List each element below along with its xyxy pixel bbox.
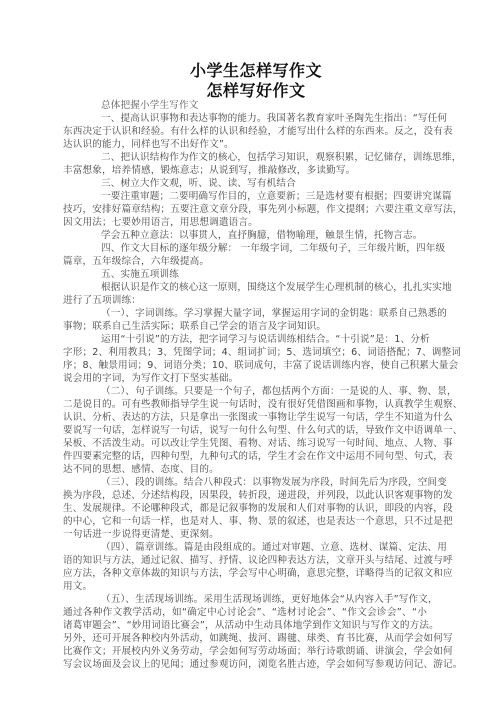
text-line: （四）、篇章训练。篇是由段组成的。通过对审题、立意、选材、谋篇、定法、用 (63, 541, 427, 554)
text-line: 篇章，五年级综合，六年级提高。 (63, 255, 427, 268)
text-line: 根据认识是作文的核心这一原则，围绕这个发展学生心理机制的核心，扎扎实实地 (63, 281, 427, 294)
text-line: 序；8、触景用词；9、词语分类；10、联词成句，丰富了说话训练内容，使自己积累大… (63, 359, 427, 372)
text-line: 学会五种立意法：以事贯人，直抒胸臆，借物喻理，触景生情，托物言志。 (63, 229, 427, 242)
text-line: 一、提高认识事物和表达事物的能力。我国著名教育家叶圣陶先生指出：“写任何 (63, 112, 427, 125)
text-line: 写会议场面及会议上的见闻；通过参观访问，浏览名胜古迹，学会如何写参观访问记、游记… (63, 658, 427, 671)
text-line: 因文用法；七要妙用语言，用思想调遣语言。 (63, 216, 427, 229)
text-line: 五、实施五项训练 (63, 268, 427, 281)
text-line: 诸葛审题会”、“妙用词语比赛会”，从活动中生动具体地学到作文知识与写作文的方法。 (63, 619, 427, 632)
text-line: 一要注重审题；二要明确写作目的，立意要新；三是选材要有根据；四要讲究谋篇 (63, 190, 427, 203)
document-subtitle: 怎样写好作文 (0, 78, 500, 101)
text-line: 的中心，它和一句话一样，也是对人、事、物、景的叙述，也是表达一个意思，只不过是把 (63, 515, 427, 528)
text-line: 语的知识与方法，通过记叙、描写、抒情、议论四种表达方法，文章开头与结尾、过渡与呼 (63, 554, 427, 567)
text-line: 生、发展规律。不论哪种段式，都是记叙事物的发展和人们对事物的认识，即段的内容，段 (63, 502, 427, 515)
text-line: （一）、字词训练。学习掌握大量字词，掌握运用字词的金钥匙：联系自己熟悉的 (63, 307, 427, 320)
text-line: 丰富想象，培养情感，锻炼意志；从说到写，推敲修改，多读勤写。 (63, 164, 427, 177)
text-line: 技巧，安排好篇章结构；五要注意文章分段，事先列小标题，作文提纲；六要注重文章写法… (63, 203, 427, 216)
text-line: 事物；联系自己生活实际；联系自己学会的语言及字词知识。 (63, 320, 427, 333)
text-line: （二）、句子训练。只要是一个句子，都包括两个方面：一是说的人、事、物、景， (63, 385, 427, 398)
text-line: 换为序段，总述、分述结构段，因果段，转折段，递进段，并列段，以此认识客观事物的发 (63, 489, 427, 502)
section-heading: 总体把握小学生写作文 (63, 99, 427, 112)
text-line: 应方法，各种文章体裁的知识与方法，学会写中心明确，意思完整，详略得当的记叙文和应 (63, 567, 427, 580)
text-line: 要说写一句话，怎样说写一句话，说写一句什么句型、什么句式的话，导致作文中语调单一… (63, 424, 427, 437)
text-line: 字形；2、利用教具；3、凭图学词；4、组词扩词；5、选词填空；6、词语搭配；7、… (63, 346, 427, 359)
text-line: 达不同的思想、感情、态度、目的。 (63, 463, 427, 476)
text-line: （三）、段的训练。结合八种段式：以事物发展为序段，时间先后为序段，空间变 (63, 476, 427, 489)
text-line: 认识、分析、表达的方法，只是拿出一张图或一事物让学生说写一句话，学生不知道为什么 (63, 411, 427, 424)
text-line: 说会用的字词，为写作文打下坚实基础。 (63, 372, 427, 385)
text-line: （五）、生活现场训练。采用生活现场训练，更好地体会“从内容入手”写作文， (63, 593, 427, 606)
document-body: 总体把握小学生写作文一、提高认识事物和表达事物的能力。我国著名教育家叶圣陶先生指… (63, 99, 427, 671)
text-line: 运用“十引说”的方法，把字词学习与说话训练相结合。“十引说”是：1、分析 (63, 333, 427, 346)
text-line: 进行了五项训练： (63, 294, 427, 307)
text-line: 通过各种作文教学活动，如“确定中心讨论会”、“选材讨论会”、“作文会诊会”、“小 (63, 606, 427, 619)
text-line: 二是说目的。可有些教师指导学生说一句话时，没有很好凭借图画和事物，认真教学生观察… (63, 398, 427, 411)
text-line: 三、树立大作文观，听、说、读、写有机结合 (63, 177, 427, 190)
text-line: 东西决定于认识和经验。有什么样的认识和经验，才能写出什么样的东西来。反之，没有表 (63, 125, 427, 138)
text-line: 呆板、不活泼生动。可以改让学生凭图、看物、对话、练习说写一句时间、地点、人物、事 (63, 437, 427, 450)
text-line: 一句话进一步说得更清楚、更深刻。 (63, 528, 427, 541)
document-page: 小学生怎样写作文 怎样写好作文 总体把握小学生写作文一、提高认识事物和表达事物的… (0, 0, 500, 707)
text-line: 比赛作文；开展校内外义务劳动，学会如何写劳动场面；举行诗歌朗诵、讲演会，学会如何 (63, 645, 427, 658)
text-line: 另外，还可开展各种校内外活动，如跳绳、拔河、踢毽、球类、育书比赛，从而学会如何写 (63, 632, 427, 645)
text-line: 件四要素完整的话，四种句型，九种句式的话，学生才会在作文中运用不同句型、句式，表 (63, 450, 427, 463)
text-line: 四、作文大目标的逐年级分解： 一年级字词，二年级句子，三年级片断，四年级 (63, 242, 427, 255)
text-line: 用文。 (63, 580, 427, 593)
text-line: 达认识的能力，同样也写不出好作文”。 (63, 138, 427, 151)
text-line: 二、把认识结构作为作文的核心，包括学习知识，观察积累，记忆储存，训练思维， (63, 151, 427, 164)
